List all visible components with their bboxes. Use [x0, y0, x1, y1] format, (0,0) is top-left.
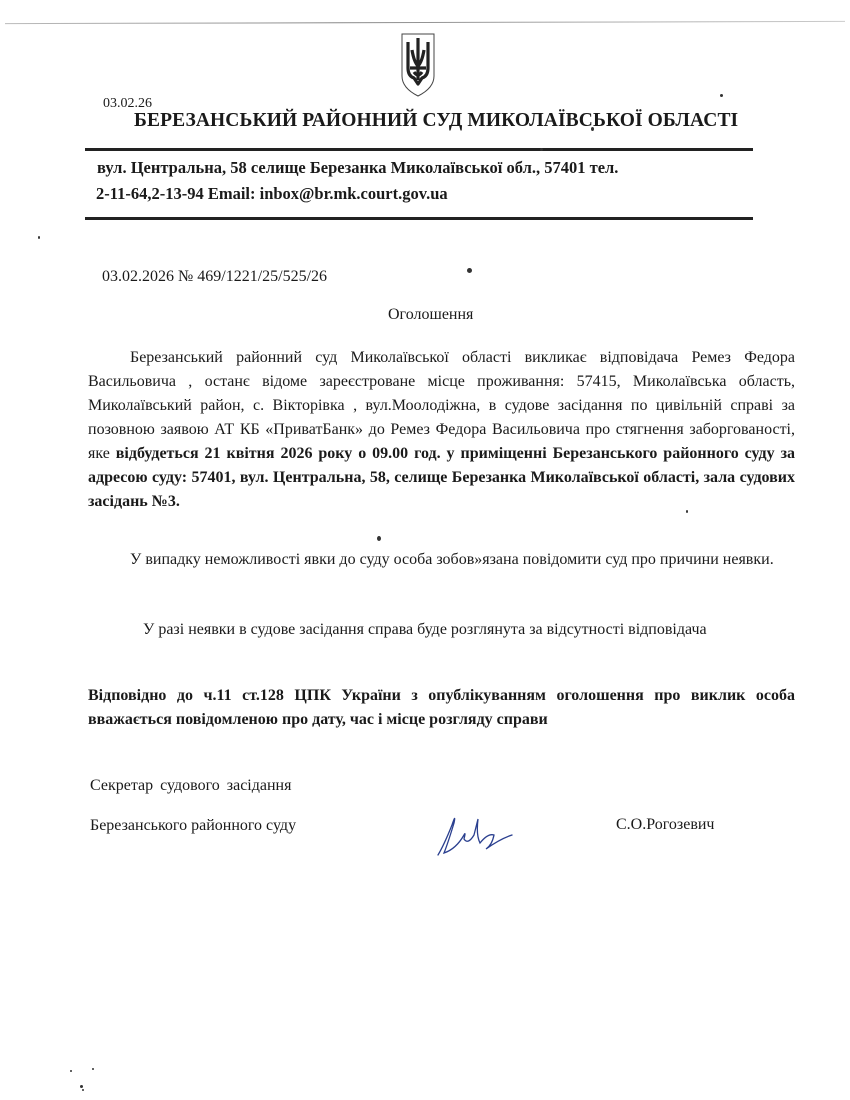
signer-role-line2: Березанського районного суду	[90, 817, 296, 835]
court-title: БЕРЕЗАНСЬКИЙ РАЙОННИЙ СУД МИКОЛАЇВСЬКОЇ …	[134, 110, 738, 132]
handwritten-signature	[430, 805, 540, 860]
absence-notice-text: У випадку неможливості явки до суду особ…	[130, 551, 774, 568]
paragraph-summons: Березанський районний суд Миколаївської …	[88, 346, 795, 514]
contact-address: вул. Центральна, 58 селище Березанка Мик…	[97, 158, 618, 178]
paragraph-legal-basis: Відповідно до ч.11 ст.128 ЦПК України з …	[88, 684, 795, 732]
hearing-details: відбудеться 21 квітня 2026 року о 09.00 …	[88, 445, 795, 510]
header-divider-bottom	[85, 217, 753, 220]
coat-of-arms-icon	[400, 32, 436, 98]
signer-name: С.О.Рогозевич	[616, 816, 714, 834]
scan-edge-line	[5, 21, 845, 24]
registration-number: 03.02.2026 № 469/1221/25/525/26	[102, 268, 327, 286]
contact-phone-email: 2-11-64,2-13-94 Email: inbox@br.mk.court…	[96, 184, 448, 204]
signer-role-line1: Секретар судового засідання	[90, 777, 291, 795]
header-divider-top	[85, 148, 753, 151]
paragraph-default-hearing: У разі неявки в судове засідання справа …	[88, 618, 778, 642]
paragraph-absence-notice: У випадку неможливості явки до суду особ…	[88, 548, 795, 572]
document-heading: Оголошення	[388, 306, 473, 324]
default-hearing-text: У разі неявки в судове засідання справа …	[143, 621, 707, 638]
